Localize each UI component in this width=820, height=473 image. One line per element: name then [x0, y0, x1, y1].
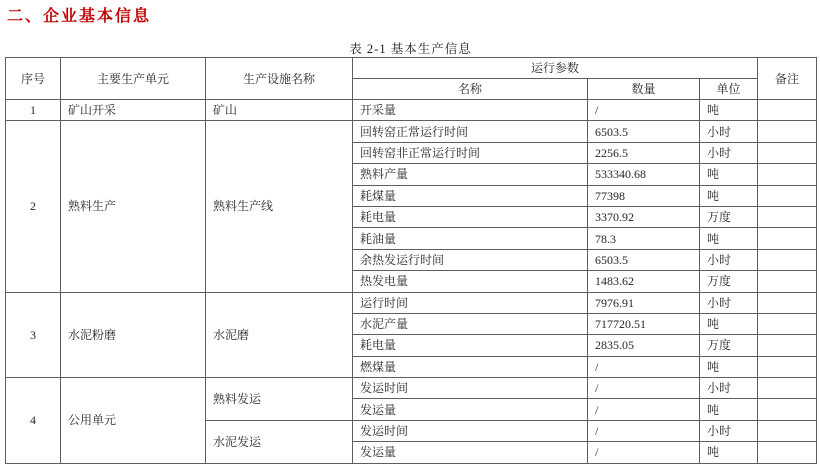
remark-cell	[758, 206, 817, 227]
param-name-cell: 耗油量	[353, 228, 588, 249]
col-header-operating-params: 运行参数	[353, 58, 758, 79]
unit-cell: 吨	[700, 356, 758, 377]
qty-cell: 2256.5	[588, 142, 700, 163]
unit-cell: 吨	[700, 313, 758, 334]
table-row: 2 熟料生产 熟料生产线 回转窑正常运行时间 6503.5 小时	[6, 121, 817, 142]
table-row: 4 公用单元 熟料发运 发运时间 / 小时	[6, 378, 817, 399]
col-header-param-qty: 数量	[588, 79, 700, 100]
remark-cell	[758, 292, 817, 313]
qty-cell: /	[588, 399, 700, 420]
qty-cell: 7976.91	[588, 292, 700, 313]
unit-cell: 吨	[700, 100, 758, 121]
header-row: 序号 主要生产单元 生产设施名称 运行参数 备注	[6, 58, 817, 79]
remark-cell	[758, 420, 817, 441]
remark-cell	[758, 228, 817, 249]
facility-cell: 水泥磨	[206, 292, 353, 378]
seq-cell: 4	[6, 378, 61, 464]
table-row: 3 水泥粉磨 水泥磨 运行时间 7976.91 小时	[6, 292, 817, 313]
param-name-cell: 水泥产量	[353, 313, 588, 334]
remark-cell	[758, 142, 817, 163]
param-name-cell: 余热发运行时间	[353, 249, 588, 270]
unit-cell: 小时	[700, 378, 758, 399]
remark-cell	[758, 356, 817, 377]
col-header-param-name: 名称	[353, 79, 588, 100]
remark-cell	[758, 249, 817, 270]
param-name-cell: 发运量	[353, 442, 588, 463]
unit-cell: 吨	[700, 228, 758, 249]
unit-cell: 吨	[700, 164, 758, 185]
qty-cell: 78.3	[588, 228, 700, 249]
facility-cell: 矿山	[206, 100, 353, 121]
remark-cell	[758, 121, 817, 142]
col-header-seq: 序号	[6, 58, 61, 100]
param-name-cell: 热发电量	[353, 271, 588, 292]
param-name-cell: 耗煤量	[353, 185, 588, 206]
production-unit-cell: 水泥粉磨	[61, 292, 206, 378]
unit-cell: 小时	[700, 142, 758, 163]
unit-cell: 吨	[700, 399, 758, 420]
col-header-remark: 备注	[758, 58, 817, 100]
param-name-cell: 开采量	[353, 100, 588, 121]
qty-cell: 1483.62	[588, 271, 700, 292]
param-name-cell: 发运量	[353, 399, 588, 420]
production-unit-cell: 熟料生产	[61, 121, 206, 292]
remark-cell	[758, 100, 817, 121]
table-row: 1 矿山开采 矿山 开采量 / 吨	[6, 100, 817, 121]
unit-cell: 吨	[700, 442, 758, 463]
unit-cell: 万度	[700, 271, 758, 292]
col-header-param-unit: 单位	[700, 79, 758, 100]
qty-cell: /	[588, 442, 700, 463]
seq-cell: 3	[6, 292, 61, 378]
qty-cell: /	[588, 100, 700, 121]
production-unit-cell: 矿山开采	[61, 100, 206, 121]
qty-cell: /	[588, 356, 700, 377]
unit-cell: 万度	[700, 335, 758, 356]
unit-cell: 吨	[700, 185, 758, 206]
remark-cell	[758, 399, 817, 420]
qty-cell: 717720.51	[588, 313, 700, 334]
qty-cell: 3370.92	[588, 206, 700, 227]
unit-cell: 小时	[700, 420, 758, 441]
facility-cell: 水泥发运	[206, 420, 353, 463]
param-name-cell: 耗电量	[353, 206, 588, 227]
qty-cell: 2835.05	[588, 335, 700, 356]
remark-cell	[758, 442, 817, 463]
qty-cell: 6503.5	[588, 249, 700, 270]
remark-cell	[758, 164, 817, 185]
param-name-cell: 耗电量	[353, 335, 588, 356]
unit-cell: 万度	[700, 206, 758, 227]
param-name-cell: 熟料产量	[353, 164, 588, 185]
remark-cell	[758, 185, 817, 206]
param-name-cell: 运行时间	[353, 292, 588, 313]
qty-cell: 77398	[588, 185, 700, 206]
remark-cell	[758, 335, 817, 356]
seq-cell: 1	[6, 100, 61, 121]
production-unit-cell: 公用单元	[61, 378, 206, 464]
unit-cell: 小时	[700, 292, 758, 313]
remark-cell	[758, 378, 817, 399]
document-page: { "page": { "title": "二、企业基本信息", "table_…	[0, 0, 820, 473]
section-heading: 二、企业基本信息	[7, 3, 151, 26]
facility-cell: 熟料发运	[206, 378, 353, 421]
qty-cell: /	[588, 378, 700, 399]
param-name-cell: 发运时间	[353, 420, 588, 441]
seq-cell: 2	[6, 121, 61, 292]
param-name-cell: 回转窑正常运行时间	[353, 121, 588, 142]
unit-cell: 小时	[700, 249, 758, 270]
qty-cell: /	[588, 420, 700, 441]
unit-cell: 小时	[700, 121, 758, 142]
col-header-facility: 生产设施名称	[206, 58, 353, 100]
param-name-cell: 回转窑非正常运行时间	[353, 142, 588, 163]
col-header-production-unit: 主要生产单元	[61, 58, 206, 100]
remark-cell	[758, 271, 817, 292]
param-name-cell: 发运时间	[353, 378, 588, 399]
remark-cell	[758, 313, 817, 334]
param-name-cell: 燃煤量	[353, 356, 588, 377]
production-info-table: 序号 主要生产单元 生产设施名称 运行参数 备注 名称 数量 单位 1 矿山开采…	[5, 57, 817, 464]
facility-cell: 熟料生产线	[206, 121, 353, 292]
qty-cell: 6503.5	[588, 121, 700, 142]
table-caption: 表 2-1 基本生产信息	[5, 39, 816, 57]
qty-cell: 533340.68	[588, 164, 700, 185]
